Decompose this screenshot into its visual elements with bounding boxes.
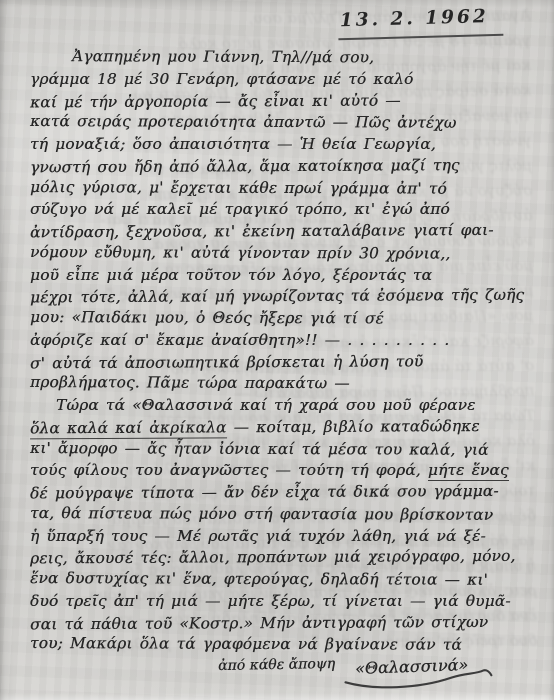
text-segment: σαι τά πάθια τοῦ «Κοστρ.» Μήν ἀντιγραφή …	[30, 612, 488, 632]
letter-date-block: 13. 2. 1962	[0, 0, 528, 38]
text-segment: μόλις γύρισα, μ' ἔρχεται κάθε πρωί γράμμ…	[30, 178, 447, 198]
text-segment: ρεις, ἄκουσέ τές: ἄλλοι, προπάντων μιά χ…	[30, 547, 516, 568]
letter-line: Τώρα τά «Θαλασσινά καί τή χαρά σου μοῦ φ…	[30, 395, 548, 417]
letter-date: 13. 2. 1962	[338, 6, 504, 41]
letter-page: Ἀγαπημένη μου Γιάννη, Τηλ//μά σου,γράμμα…	[0, 0, 554, 700]
letter-line: νόμουν εὔθυμη, κι' αὐτά γίνονταν πρίν 30…	[30, 242, 548, 266]
letter-line: ρεις, ἄκουσέ τές: ἄλλοι, προπάντων μιά χ…	[30, 546, 548, 570]
letter-line: σ' αὐτά τά ἀποσιωπητικά βρίσκεται ἡ λύση…	[30, 350, 548, 374]
letter-line: δυό τρεῖς ἀπ' τή μιά — μήτε ξέρω, τί γίν…	[30, 591, 548, 613]
text-segment: ἀντίδραση, ξεχνοῦσα, κι' ἐκείνη καταλάβα…	[30, 221, 494, 241]
text-segment: ἡ ὕπαρξή τους — Μέ ρωτᾶς γιά τυχόν λάθη,…	[30, 527, 486, 545]
letter-line: καί μέ τήν ἀργοπορία — ἄς εἶναι κι' αὐτό…	[30, 89, 548, 113]
letter-line: ἀφόριζε καί σ' ἔκαμε ἀναίσθητη»!! — . . …	[30, 330, 548, 352]
letter-line: μέχρι τότε, ἀλλά, καί μή γνωρίζοντας τά …	[30, 285, 548, 309]
underlined-phrase: μήτε ἕνας	[428, 461, 509, 481]
text-segment: προβλήματος. Πᾶμε τώρα παρακάτω —	[30, 373, 350, 392]
text-segment: σύζυγο νά μέ καλεῖ μέ τραγικό τρόπο, κι'…	[30, 200, 450, 218]
letter-line: μόλις γύρισα, μ' ἔρχεται κάθε πρωί γράμμ…	[30, 177, 548, 201]
letter-line: μου: «Παιδάκι μου, ὁ Θεός ἤξερε γιά τί σ…	[30, 307, 548, 331]
text-segment: νόμουν εὔθυμη, κι' αὐτά γίνονταν πρίν 30…	[30, 243, 450, 263]
text-segment: σ' αὐτά τά ἀποσιωπητικά βρίσκεται ἡ λύση…	[30, 352, 423, 372]
letter-line: μοῦ εἶπε μιά μέρα τοῦτον τόν λόγο, ξέρον…	[30, 265, 548, 287]
text-segment: δυό τρεῖς ἀπ' τή μιά — μήτε ξέρω, τί γίν…	[30, 592, 511, 610]
text-segment: μοῦ εἶπε μιά μέρα τοῦτον τόν λόγο, ξέρον…	[30, 266, 432, 284]
letter-line: κατά σειράς προτεραιότητα ἀπαντῶ — Πῶς ἀ…	[30, 111, 548, 135]
text-segment: κι' ἄμορφο — ἄς ἦταν ἰόνια καί τά μέσα τ…	[30, 439, 489, 459]
letter-line: ἕνα δυστυχίας κι' ἕνα, φτερούγας, δηλαδή…	[30, 568, 548, 592]
text-segment: δέ μούγραψε τίποτα — ἄν δέν εἶχα τά δικά…	[30, 482, 499, 502]
closing-title-word: «Θαλασσινά»	[351, 655, 473, 678]
text-segment: μου: «Παιδάκι μου, ὁ Θεός ἤξερε γιά τί σ…	[30, 308, 384, 327]
letter-line: τα, θά πίστευα πώς μόνο στή φαντασία μου…	[30, 503, 548, 527]
text-segment: τή μοναξιά; ὅσο ἀπαισιότητα — Ἡ θεία Γεω…	[30, 135, 436, 153]
flourish-underline-icon	[343, 669, 494, 696]
underlined-phrase: ὅλα καλά καί ἀκρίκαλα	[30, 418, 227, 439]
letter-line: ἡ ὕπαρξή τους — Μέ ρωτᾶς γιά τυχόν λάθη,…	[30, 526, 548, 548]
text-segment: Τώρα τά «Θαλασσινά καί τή χαρά σου μοῦ φ…	[56, 396, 476, 414]
letter-line: τούς φίλους του ἀναγνῶστες — τούτη τή φο…	[30, 460, 548, 482]
letter-body: Ἀγαπημένη μου Γιάννη, Τηλ//μά σου,γράμμα…	[0, 47, 554, 656]
letter-line: σαι τά πάθια τοῦ «Κοστρ.» Μήν ἀντιγραφή …	[30, 611, 548, 635]
letter-closing-line: ἀπό κάθε ἄποψη «Θαλασσινά»	[0, 657, 554, 676]
letter-line: γνωστή σου ἤδη ἀπό ἄλλα, ἅμα κατοίκησα μ…	[30, 154, 548, 178]
text-segment: ἕνα δυστυχίας κι' ἕνα, φτερούγας, δηλαδή…	[30, 569, 488, 589]
letter-line: του; Μακάρι ὅλα τά γραφόμενα νά βγαίνανε…	[30, 633, 548, 657]
letter-line: γράμμα 18 μέ 30 Γενάρη, φτάσανε μέ τό κα…	[30, 69, 548, 91]
letter-line: τή μοναξιά; ὅσο ἀπαισιότητα — Ἡ θεία Γεω…	[30, 134, 548, 156]
text-segment: τούς φίλους του ἀναγνῶστες — τούτη τή φο…	[30, 461, 428, 479]
text-segment: — κοίταμ, βιβλίο καταδώδηκε	[226, 417, 479, 436]
text-segment: καί μέ τήν ἀργοπορία — ἄς εἶναι κι' αὐτό…	[30, 91, 401, 111]
letter-line: ὅλα καλά καί ἀκρίκαλα — κοίταμ, βιβλίο κ…	[30, 415, 548, 439]
text-segment: Ἀγαπημένη μου Γιάννη, Τηλ//μά σου,	[72, 47, 374, 66]
letter-line: κι' ἄμορφο — ἄς ἦταν ἰόνια καί τά μέσα τ…	[30, 438, 548, 462]
text-segment: του; Μακάρι ὅλα τά γραφόμενα νά βγαίνανε…	[30, 634, 462, 654]
closing-phrase: ἀπό κάθε ἄποψη	[218, 656, 335, 674]
letter-line: σύζυγο νά μέ καλεῖ μέ τραγικό τρόπο, κι'…	[30, 199, 548, 221]
text-segment: ἀφόριζε καί σ' ἔκαμε ἀναίσθητη»!! — . . …	[30, 331, 449, 349]
letter-line: δέ μούγραψε τίποτα — ἄν δέν εἶχα τά δικά…	[30, 481, 548, 505]
text-segment: γράμμα 18 μέ 30 Γενάρη, φτάσανε μέ τό κα…	[30, 70, 413, 88]
text-segment: κατά σειράς προτεραιότητα ἀπαντῶ — Πῶς ἀ…	[30, 112, 456, 132]
text-segment: μέχρι τότε, ἀλλά, καί μή γνωρίζοντας τά …	[30, 286, 524, 307]
letter-line: ἀντίδραση, ξεχνοῦσα, κι' ἐκείνη καταλάβα…	[30, 220, 548, 244]
letter-line: προβλήματος. Πᾶμε τώρα παρακάτω —	[30, 372, 548, 396]
text-segment: τα, θά πίστευα πώς μόνο στή φαντασία μου…	[30, 504, 493, 524]
letter-line: Ἀγαπημένη μου Γιάννη, Τηλ//μά σου,	[30, 46, 548, 70]
text-segment: γνωστή σου ἤδη ἀπό ἄλλα, ἅμα κατοίκησα μ…	[30, 156, 460, 176]
